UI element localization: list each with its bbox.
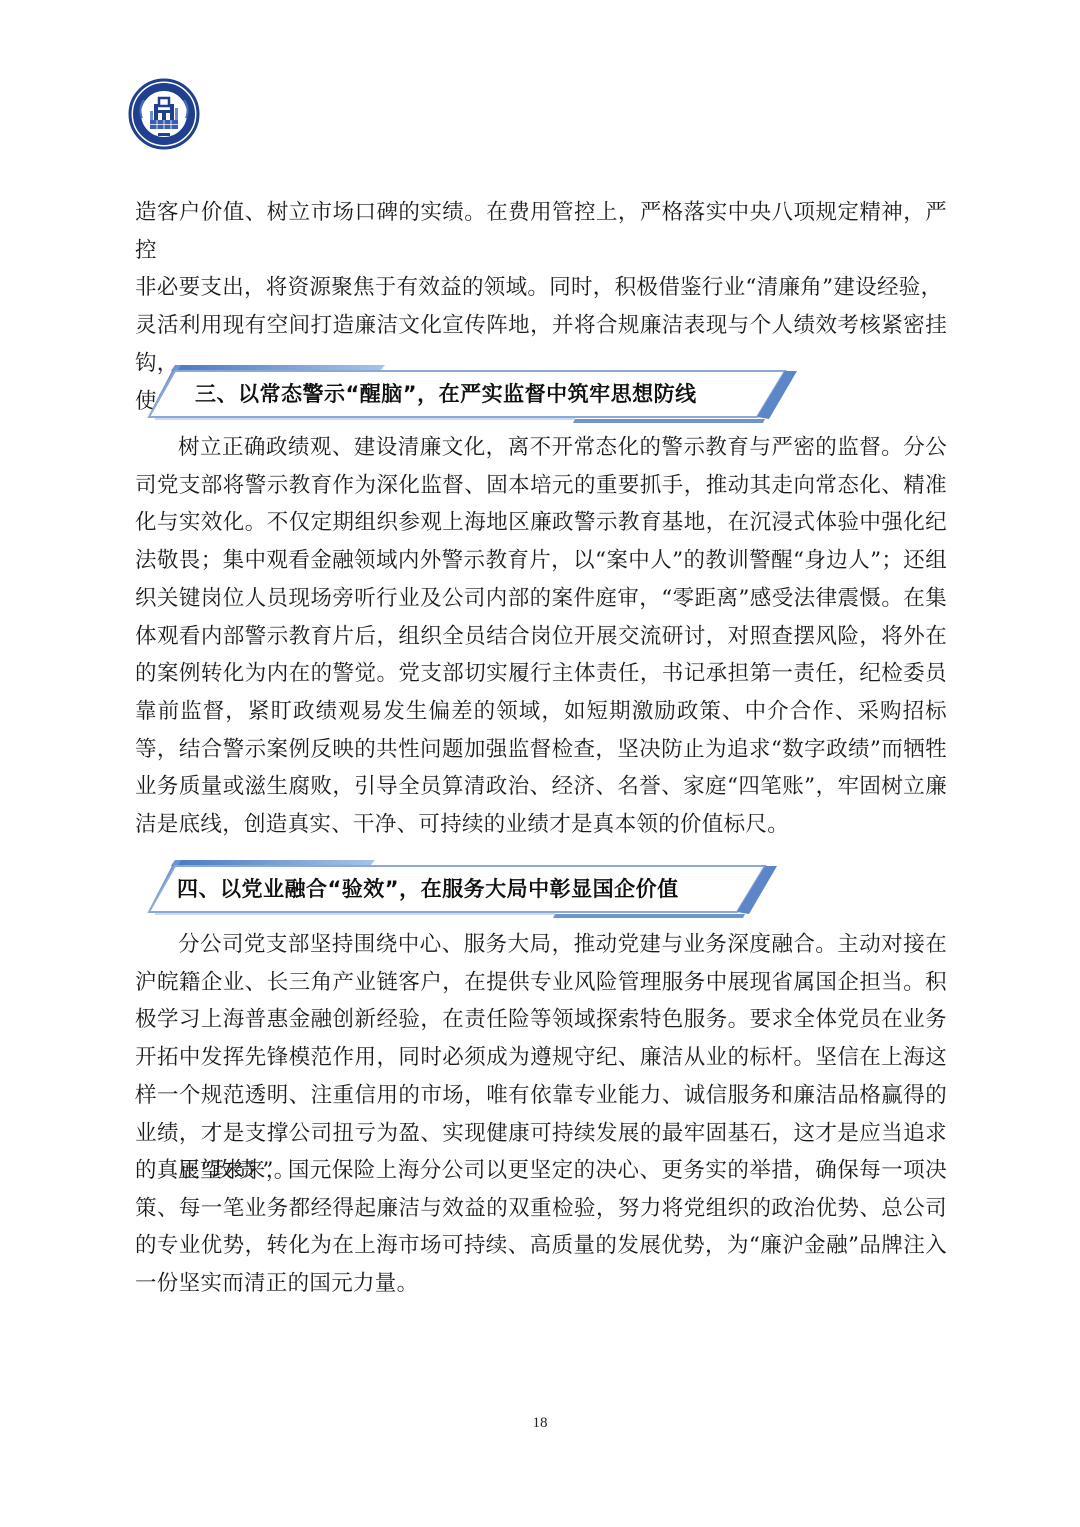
text-line: 实而清正的国元力量。: [200, 1271, 418, 1296]
text-line: 实、干净、可持续的业绩才是真本领的价值标尺。: [309, 812, 789, 837]
section-3-paragraph: 树立正确政绩观、建设清廉文化，离不开常态化的警示教育与严密的监督。分公司党支部将…: [135, 429, 947, 844]
section-banner-4: 四、以党业融合“验效”，在服务大局中彰显国企价值: [135, 860, 780, 920]
text-line: 非必要支出，将资源聚焦于有效益的领域。同时，积极借鉴行业“清廉角”建设经验，: [135, 269, 947, 307]
company-emblem-icon: [128, 78, 200, 150]
section-banner-3: 三、以常态警示“醒脑”，在严实监督中筑牢思想防线: [135, 365, 800, 425]
section-heading: 三、以常态警示“醒脑”，在严实监督中筑牢思想防线: [195, 378, 697, 408]
text-line: 造客户价值、树立市场口碑的实绩。在费用管控上，严格落实中央八项规定精神，严控: [135, 194, 947, 269]
page-number: 18: [0, 1415, 1080, 1432]
section-4-paragraph-1: 分公司党支部坚持围绕中心、服务大局，推动党建与业务深度融合。主动对接在沪皖籍企业…: [135, 926, 947, 1190]
section-4-paragraph-2: 展望未来，国元保险上海分公司以更坚定的决心、更务实的举措，确保每一项决策、每一笔…: [135, 1152, 947, 1303]
section-heading: 四、以党业融合“验效”，在服务大局中彰显国企价值: [177, 873, 679, 903]
